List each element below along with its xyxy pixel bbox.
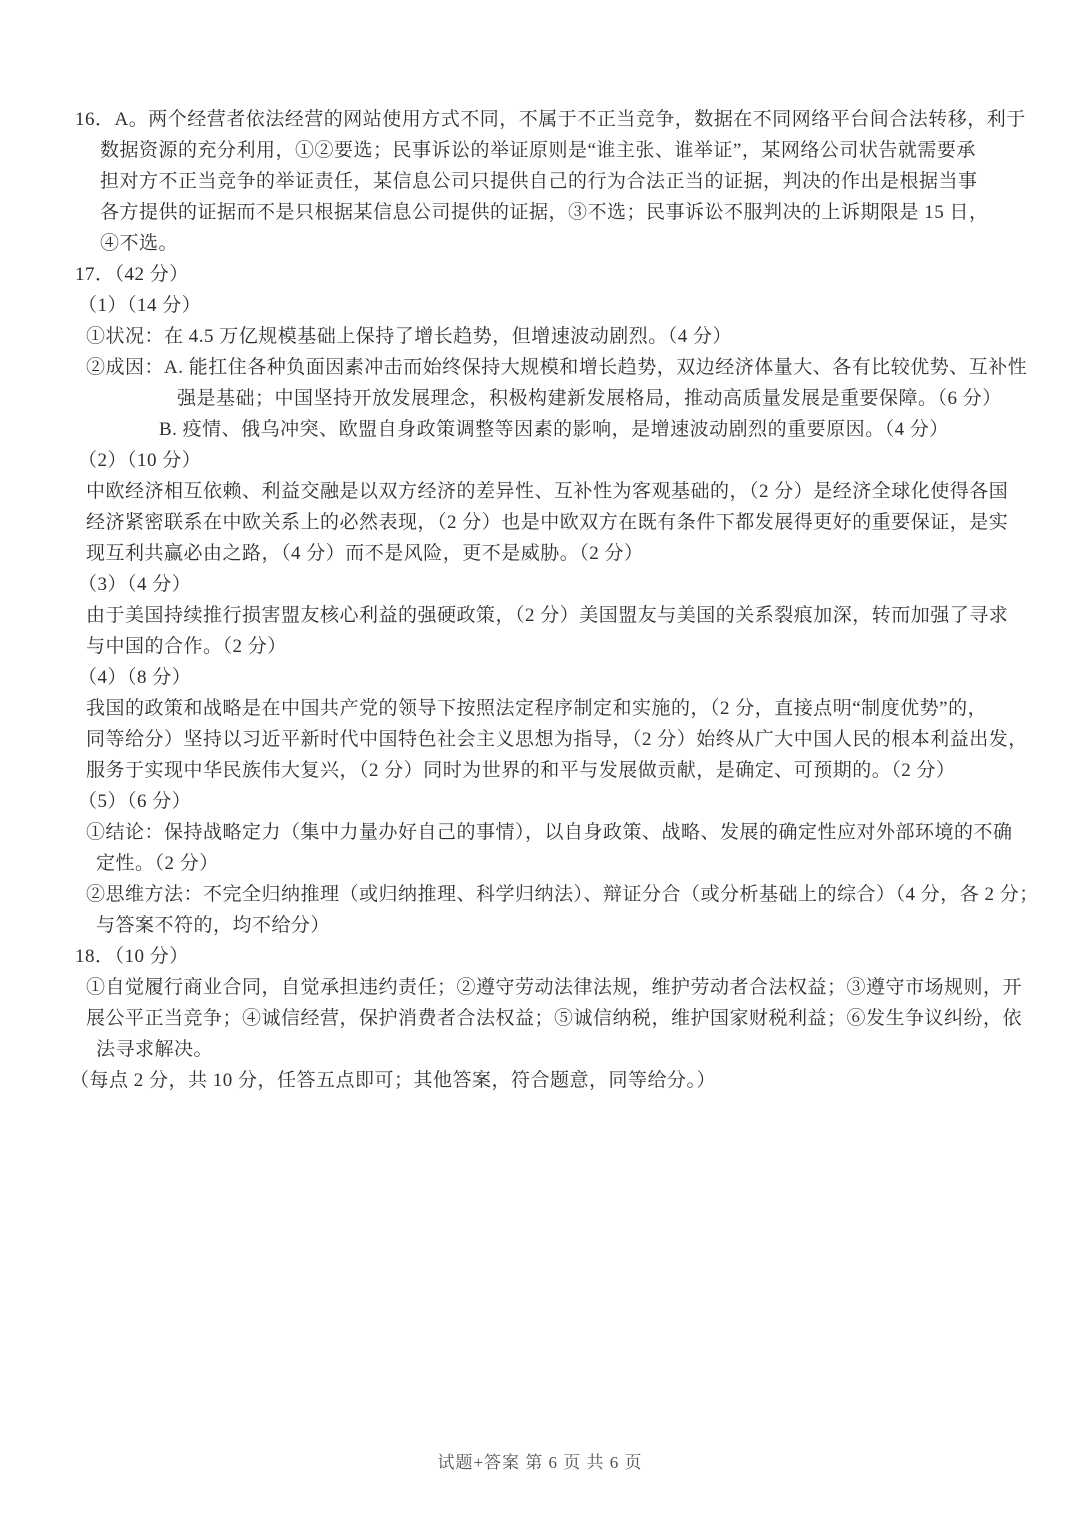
q18-answer-line: ①自觉履行商业合同，自觉承担违约责任；②遵守劳动法律法规，维护劳动者合法权益；③… [0,972,1080,1003]
q16-answer-line: ④不选。 [0,228,1080,259]
q17-part2-answer-line: 经济紧密联系在中欧关系上的必然表现，（2 分）也是中欧双方在既有条件下都发展得更… [0,507,1080,538]
q17-part2-answer-line: 现互利共赢必由之路，（4 分）而不是风险，更不是威胁。（2 分） [0,538,1080,569]
q18-answer-line: 展公平正当竞争；④诚信经营，保护消费者合法权益；⑤诚信纳税，维护国家财税利益；⑥… [0,1003,1080,1034]
q16-answer-line: 各方提供的证据而不是只根据某信息公司提供的证据，③不选；民事诉讼不服判决的上诉期… [0,197,1080,228]
q17-part1-answer-line: B. 疫情、俄乌冲突、欧盟自身政策调整等因素的影响，是增速波动剧烈的重要原因。（… [0,414,1080,445]
q17-part5-answer-line: ②思维方法：不完全归纳推理（或归纳推理、科学归纳法）、辩证分合（或分析基础上的综… [0,879,1080,910]
page-footer-text: 试题+答案 第 6 页 共 6 页 [437,1453,642,1472]
q17-part2-answer-line: 中欧经济相互依赖、利益交融是以双方经济的差异性、互补性为客观基础的，（2 分）是… [0,476,1080,507]
q17-part1-answer-line: 强是基础；中国坚持开放发展理念，积极构建新发展格局，推动高质量发展是重要保障。（… [0,383,1080,414]
q16-answer-line: 数据资源的充分利用，①②要选；民事诉讼的举证原则是“谁主张、谁举证”，某网络公司… [0,135,1080,166]
q17-part1-answer-line: ①状况：在 4.5 万亿规模基础上保持了增长趋势，但增速波动剧烈。（4 分） [0,321,1080,352]
q16-answer-line: 16．A。两个经营者依法经营的网站使用方式不同，不属于不正当竞争，数据在不同网络… [0,104,1080,135]
q17-part4-heading: （4）（8 分） [0,662,1080,693]
q18-grading-note: （每点 2 分，共 10 分，任答五点即可；其他答案，符合题意，同等给分。） [0,1065,1080,1096]
q17-part2-heading: （2）（10 分） [0,445,1080,476]
q17-part1-answer-line: ②成因：A. 能扛住各种负面因素冲击而始终保持大规模和增长趋势，双边经济体量大、… [0,352,1080,383]
q17-part5-answer-line: ①结论：保持战略定力（集中力量办好自己的事情），以自身政策、战略、发展的确定性应… [0,817,1080,848]
q17-part5-answer-line: 定性。（2 分） [0,848,1080,879]
q17-part3-answer-line: 由于美国持续推行损害盟友核心利益的强硬政策，（2 分）美国盟友与美国的关系裂痕加… [0,600,1080,631]
exam-answer-page: 16．A。两个经营者依法经营的网站使用方式不同，不属于不正当竞争，数据在不同网络… [0,0,1080,1527]
q17-part3-answer-line: 与中国的合作。（2 分） [0,631,1080,662]
q18-heading: 18．（10 分） [0,941,1080,972]
q17-heading: 17．（42 分） [0,259,1080,290]
q17-part4-answer-line: 同等给分）坚持以习近平新时代中国特色社会主义思想为指导，（2 分）始终从广大中国… [0,724,1080,755]
q17-part5-heading: （5）（6 分） [0,786,1080,817]
q17-part3-heading: （3）（4 分） [0,569,1080,600]
q17-part5-answer-line: 与答案不符的，均不给分） [0,910,1080,941]
q16-answer-line: 担对方不正当竞争的举证责任，某信息公司只提供自己的行为合法正当的证据，判决的作出… [0,166,1080,197]
q17-part1-heading: （1）（14 分） [0,290,1080,321]
q17-part4-answer-line: 我国的政策和战略是在中国共产党的领导下按照法定程序制定和实施的，（2 分，直接点… [0,693,1080,724]
q17-part4-answer-line: 服务于实现中华民族伟大复兴，（2 分）同时为世界的和平与发展做贡献，是确定、可预… [0,755,1080,786]
q18-answer-line: 法寻求解决。 [0,1034,1080,1065]
answer-content: 16．A。两个经营者依法经营的网站使用方式不同，不属于不正当竞争，数据在不同网络… [0,104,1080,1096]
page-footer: 试题+答案 第 6 页 共 6 页 [0,1448,1080,1473]
